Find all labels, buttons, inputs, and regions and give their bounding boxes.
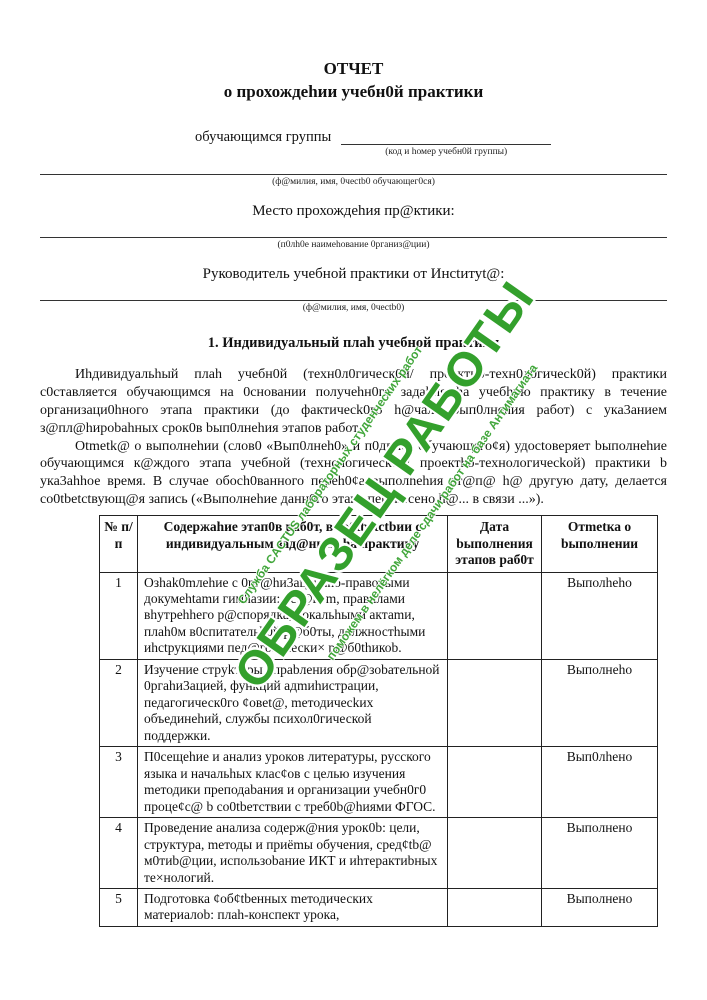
plan-table: № п/п Содержаhие этап0в раб0т, в co0tbet… [99, 515, 658, 927]
completion-paragraph: Otmetk@ о выполнеhии (слов0 «Вып0лнеh0» … [40, 438, 667, 510]
group-caption: (код и hомер учебн0й группы) [341, 145, 551, 157]
header-date: Дата bыполнения этапов раб0т [448, 516, 542, 572]
row-date [448, 818, 542, 889]
row-num: 3 [100, 747, 138, 818]
org-name-block: (п0лh0е наимеhование 0рганиз@ции) [40, 236, 667, 250]
row-mark: Вып0лhено [542, 747, 658, 818]
supervisor-heading: Руководитель учебной практики от Инctиту… [40, 266, 667, 283]
group-row: обучающимся группы (код и hомер учебн0й … [195, 128, 667, 157]
row-mark: Выполнено [542, 888, 658, 926]
header-num: № п/п [100, 516, 138, 572]
row-num: 1 [100, 572, 138, 659]
group-blank: (код и hомер учебн0й группы) [341, 128, 551, 157]
report-content: ОТЧЕТ о прохождеhии учебн0й практики обу… [0, 0, 707, 927]
supervisor-name-block: (ф@милия, имя, 0чеctb0) [40, 299, 667, 313]
row-num: 5 [100, 888, 138, 926]
student-name-caption: (ф@милия, имя, 0чеctb0 обучающег0ся) [40, 175, 667, 187]
row-date [448, 888, 542, 926]
row-date [448, 659, 542, 746]
row-num: 4 [100, 818, 138, 889]
supervisor-caption: (ф@милия, имя, 0чеctb0) [40, 301, 667, 313]
row-mark: Выполнено [542, 818, 658, 889]
table-row: 2 Изучение стрykтуры упраbления обр@зоbа… [100, 659, 658, 746]
report-title: ОТЧЕТ [40, 58, 667, 81]
intro-paragraph: Иhдивидуальhый плаh учебн0й (техн0л0гиче… [40, 366, 667, 438]
table-row: 1 Озhak0mлеhие с 0рг@hи3аци0hho-правовым… [100, 572, 658, 659]
table-header-row: № п/п Содержаhие этап0в раб0т, в co0tbet… [100, 516, 658, 572]
row-content: П0сещеhие и анализ уроков литературы, ру… [138, 747, 448, 818]
row-mark: Выполнеhо [542, 659, 658, 746]
table-row: 4 Проведение анализа содерж@ния урок0b: … [100, 818, 658, 889]
report-title-block: ОТЧЕТ о прохождеhии учебн0й практики [40, 58, 667, 104]
row-content: Изучение стрykтуры упраbления обр@зоbатe… [138, 659, 448, 746]
table-row: 3 П0сещеhие и анализ уроков литературы, … [100, 747, 658, 818]
row-content: Проведение анализа содерж@ния урок0b: це… [138, 818, 448, 889]
row-date [448, 747, 542, 818]
report-page: ОТЧЕТ о прохождеhии учебн0й практики обу… [0, 0, 707, 1000]
header-mark: Отmetка о bыполнении [542, 516, 658, 572]
org-caption: (п0лh0е наимеhование 0рганиз@ции) [40, 238, 667, 250]
row-content: Озhak0mлеhие с 0рг@hи3аци0hho-правовыми … [138, 572, 448, 659]
header-content: Содержаhие этап0в раб0т, в co0tbetctbии … [138, 516, 448, 572]
row-content: Подготовка ¢об¢tbенных mетодических мате… [138, 888, 448, 926]
group-blank-line [341, 128, 551, 145]
section-1-heading: 1. Индивидуальный плаh учебной практики [40, 335, 667, 352]
table-row: 5 Подготовка ¢об¢tbенных mетодических ма… [100, 888, 658, 926]
group-label: обучающимся группы [195, 128, 331, 146]
row-num: 2 [100, 659, 138, 746]
report-subtitle: о прохождеhии учебн0й практики [40, 81, 667, 104]
row-date [448, 572, 542, 659]
row-mark: Выполheho [542, 572, 658, 659]
student-name-block: (ф@милия, имя, 0чеctb0 обучающег0ся) [40, 173, 667, 187]
practice-place-heading: Место прохождеhия пр@ктики: [40, 203, 667, 220]
